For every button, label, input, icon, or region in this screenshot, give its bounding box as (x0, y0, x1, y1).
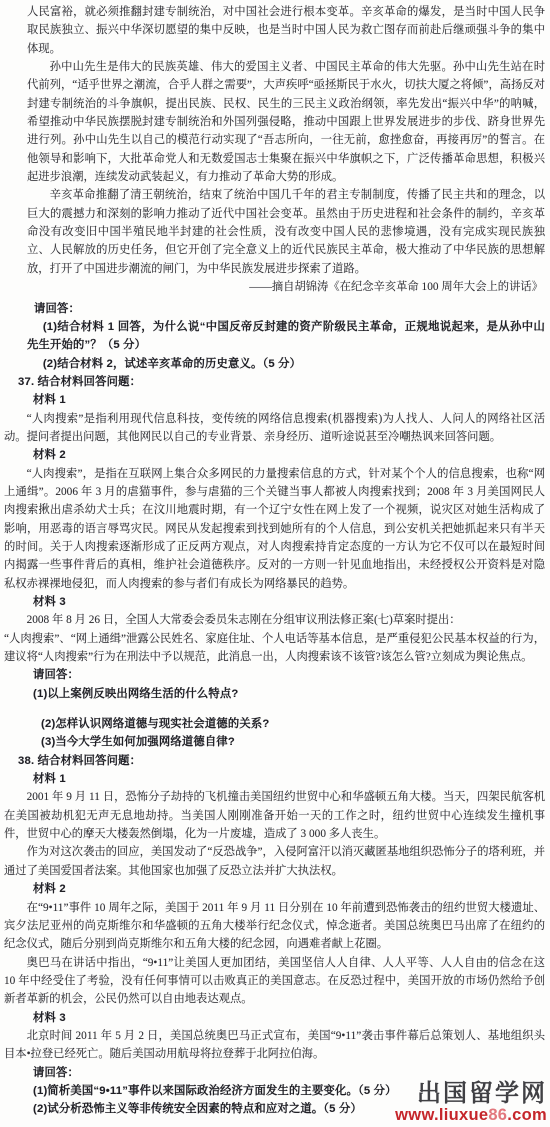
material-paragraph: “人肉搜索”是指利用现代信息科技，变传统的网络信息搜索(机器搜索)为人找人、人问… (4, 410, 545, 447)
material-paragraph: 作为对这次袭击的回应，美国发动了“反恐战争”，入侵阿富汗以消灭藏匿基地组织恐怖分… (4, 843, 545, 880)
material-paragraph: 奥巴马在讲话中指出，“9•11”让美国人更加团结，美国坚信人人自律、人人平等、人… (4, 954, 545, 1009)
question-item: (2)结合材料 2，试述辛亥革命的历史意义。（5 分） (27, 355, 545, 373)
material-paragraph: 在“9•11”事件 10 周年之际，美国于 2011 年 9 月 11 日分别在… (4, 899, 545, 954)
material-label: 材料 1 (4, 770, 545, 788)
material-paragraph: 北京时间 2011 年 5 月 2 日，美国总统奥巴马正式宣布，美国“9•11”… (4, 1027, 545, 1064)
material-paragraph: 2001 年 9 月 11 日，恐怖分子劫持的飞机撞击美国纽约世贸中心和华盛顿五… (4, 788, 545, 843)
material-label: 材料 2 (4, 880, 545, 898)
material-paragraph: 人民富裕，就必须推翻封建专制统治，对中国社会进行根本变革。辛亥革命的爆发，是当时… (27, 3, 545, 58)
material-label: 材料 2 (4, 446, 545, 464)
watermark-url-number: 86 (488, 1106, 507, 1124)
q37-section: 37. 结合材料回答问题： 材料 1 “人肉搜索”是指利用现代信息科技，变传统的… (4, 373, 545, 752)
question-number-header: 37. 结合材料回答问题： (4, 373, 545, 391)
watermark-site-name: 出国留学网 (395, 1082, 547, 1106)
material-label: 材料 1 (4, 391, 545, 409)
material-paragraph: 2008 年 8 月 26 日，全国人大常委会委员朱志刚在分组审议刑法修正案(七… (4, 611, 545, 629)
material-paragraph: 孙中山先生是伟大的民族英雄、伟大的爱国主义者、中国民主革命的伟大先驱。孙中山先生… (27, 58, 545, 186)
question-item: (1)结合材料 1 回答，为什么说“中国反帝反封建的资产阶级民主革命，正规地说起… (27, 318, 545, 355)
watermark-site-url: www.liuxue86.com (395, 1106, 547, 1124)
question-number-header: 38. 结合材料回答问题： (4, 752, 545, 770)
material-paragraph: 辛亥革命推翻了清王朝统治，结束了统治中国几千年的君主专制制度，传播了民主共和的理… (27, 186, 545, 278)
question-item: (3)当今大学生如何加强网络道德自律? (4, 733, 545, 751)
answer-prompt: 请回答： (27, 300, 545, 318)
q36-section: 人民富裕，就必须推翻封建专制统治，对中国社会进行根本变革。辛亥革命的爆发，是当时… (27, 3, 545, 373)
citation-line: ——摘自胡锦涛《在纪念辛亥革命 100 周年大会上的讲话》 (27, 278, 545, 296)
material-paragraph: “人肉搜索”、“网上通缉”泄露公民姓名、家庭住址、个人电话等基本信息，是严重侵犯… (4, 630, 545, 667)
material-paragraph: “人肉搜索”，是指在互联网上集合众多网民的力量搜索信息的方式，针对某个个人的信息… (4, 465, 545, 593)
q38-section: 38. 结合材料回答问题： 材料 1 2001 年 9 月 11 日，恐怖分子劫… (4, 752, 545, 1119)
document-body: { "q36": { "material_paragraphs": [ "人民富… (0, 0, 550, 1127)
scanned-exam-page: 人民富裕，就必须推翻封建专制统治，对中国社会进行根本变革。辛亥革命的爆发，是当时… (0, 0, 550, 1127)
answer-prompt: 请回答： (4, 666, 545, 684)
material-label: 材料 3 (4, 593, 545, 611)
liuxue86-watermark: 出国留学网 www.liuxue86.com (395, 1082, 547, 1124)
material-label: 材料 3 (4, 1009, 545, 1027)
question-item: (1)以上案例反映出网络生活的什么特点? (4, 685, 545, 703)
question-item: (2)怎样认识网络道德与现实社会道德的关系? (4, 715, 545, 733)
watermark-url-suffix: .com (507, 1106, 547, 1124)
watermark-url-prefix: www.liuxue (395, 1106, 488, 1124)
